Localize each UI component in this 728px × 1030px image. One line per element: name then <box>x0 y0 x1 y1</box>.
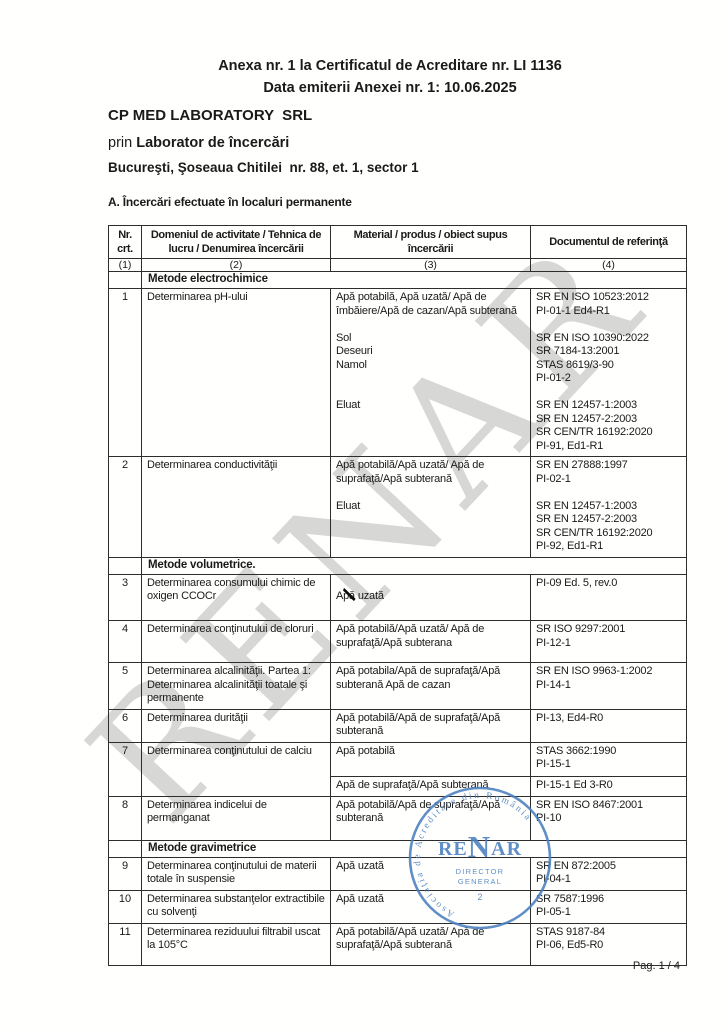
table-row-10: 10 Determinarea substanţelor extractibil… <box>109 890 687 923</box>
cell-material: Apă potabilă <box>331 742 531 776</box>
cell-nr: 2 <box>109 457 142 558</box>
lab-prefix: prin <box>108 135 136 151</box>
cell-nr: 5 <box>109 663 142 710</box>
cell-material: Apă potabilă/Apă uzată/ Apă de suprafaţă… <box>331 621 531 663</box>
col-number-1: (1) <box>109 259 142 272</box>
annex-title-line2: Data emiterii Anexei nr. 1: 10.06.2025 <box>52 77 728 99</box>
cell-domain: Determinarea conţinutului de cloruri <box>142 621 331 663</box>
annex-title: Anexa nr. 1 la Certificatul de Acreditar… <box>52 55 728 99</box>
stamp-logo-re: RE <box>438 838 468 860</box>
cell-document: STAS 3662:1990 PI-15-1 <box>531 742 687 776</box>
table-row-7a: 7 Determinarea conţinutului de calciu Ap… <box>109 742 687 776</box>
cell-domain: Determinarea consumului chimic de oxigen… <box>142 574 331 621</box>
cell-domain: Determinarea conductivităţii <box>142 457 331 558</box>
cell-domain: Determinarea conţinutului de materii tot… <box>142 857 331 890</box>
table-row-2: 2 Determinarea conductivităţii Apă potab… <box>109 457 687 558</box>
table-row-5: 5 Determinarea alcalinităţii. Partea 1: … <box>109 663 687 710</box>
page-number: Pag. 1 / 4 <box>633 960 680 972</box>
cell-document: SR EN ISO 10523:2012 PI-01-1 Ed4-R1 SR E… <box>531 289 687 457</box>
section-a-title: A. Încercări efectuate în localuri perma… <box>108 195 352 209</box>
cell-nr: 10 <box>109 890 142 923</box>
table-header-row: Nr. crt. Domeniul de activitate / Tehnic… <box>109 226 687 259</box>
stamp-logo-n: N <box>468 829 491 864</box>
company-address: Bucureşti, Şoseaua Chitilei nr. 88, et. … <box>108 160 419 175</box>
table-row-4: 4 Determinarea conţinutului de cloruri A… <box>109 621 687 663</box>
cell-document: SR EN 27888:1997 PI-02-1 SR EN 12457-1:2… <box>531 457 687 558</box>
col-number-3: (3) <box>331 259 531 272</box>
col-header-domain: Domeniul de activitate / Tehnica de lucr… <box>142 226 331 259</box>
cell-nr: 3 <box>109 574 142 621</box>
cell-nr: 6 <box>109 709 142 742</box>
cell-material: Apă potabila/Apă de suprafaţă/Apă subter… <box>331 663 531 710</box>
cell-document: PI-13, Ed4-R0 <box>531 709 687 742</box>
cell-nr: 9 <box>109 857 142 890</box>
stamp-role-general: GENERAL <box>458 877 502 886</box>
cell-domain: Determinarea pH-ului <box>142 289 331 457</box>
cell-material: Apă potabilă/Apă de suprafaţă/Apă subter… <box>331 709 531 742</box>
stamp-number: 2 <box>477 892 482 902</box>
cell-material: Apă uzată <box>331 574 531 621</box>
section-row-electrochimice: Metode electrochimice <box>109 272 687 289</box>
table-row-6: 6 Determinarea durităţii Apă potabilă/Ap… <box>109 709 687 742</box>
cell-empty <box>109 840 142 857</box>
cell-nr: 1 <box>109 289 142 457</box>
cell-material: Apă potabilă/Apă uzată/ Apă de suprafaţă… <box>331 457 531 558</box>
column-number-row: (1) (2) (3) (4) <box>109 259 687 272</box>
cell-domain: Determinarea alcalinităţii. Partea 1: De… <box>142 663 331 710</box>
section-row-volumetrice: Metode volumetrice. <box>109 557 687 574</box>
cell-empty <box>109 272 142 289</box>
section-label: Metode electrochimice <box>142 272 687 289</box>
cell-material: Apă potabilă, Apă uzată/ Apă de îmbăiere… <box>331 289 531 457</box>
col-header-nr: Nr. crt. <box>109 226 142 259</box>
table-row-1: 1 Determinarea pH-ului Apă potabilă, Apă… <box>109 289 687 457</box>
table-row-8: 8 Determinarea indicelui de permanganat … <box>109 796 687 840</box>
col-number-2: (2) <box>142 259 331 272</box>
cell-domain: Determinarea substanţelor extractibile c… <box>142 890 331 923</box>
cell-document: SR ISO 9297:2001 PI-12-1 <box>531 621 687 663</box>
cell-document: PI-09 Ed. 5, rev.0 <box>531 574 687 621</box>
renar-stamp-svg: Asociaţia de Acreditare din România RENA… <box>405 783 555 933</box>
cell-domain: Determinarea conţinutului de calciu <box>142 742 331 796</box>
stamp-renar-logo: RENAR <box>438 829 522 864</box>
cell-nr: 4 <box>109 621 142 663</box>
company-name: CP MED LABORATORY SRL <box>108 107 312 124</box>
table-row-3: 3 Determinarea consumului chimic de oxig… <box>109 574 687 621</box>
col-header-document: Documentul de referinţă <box>531 226 687 259</box>
cell-material-text: Apă uzată <box>336 590 384 602</box>
cell-empty <box>109 557 142 574</box>
accreditation-table: Nr. crt. Domeniul de activitate / Tehnic… <box>108 225 687 966</box>
annex-title-line1: Anexa nr. 1 la Certificatul de Acreditar… <box>52 55 728 77</box>
table-row-11: 11 Determinarea reziduului filtrabil usc… <box>109 923 687 965</box>
document-page: RENAR Anexa nr. 1 la Certificatul de Acr… <box>0 0 728 1030</box>
cell-nr: 8 <box>109 796 142 840</box>
cell-nr: 7 <box>109 742 142 796</box>
stamp-role-director: DIRECTOR <box>456 867 505 876</box>
cell-domain: Determinarea indicelui de permanganat <box>142 796 331 840</box>
cell-domain: Determinarea reziduului filtrabil uscat … <box>142 923 331 965</box>
cell-document: SR EN ISO 9963-1:2002 PI-14-1 <box>531 663 687 710</box>
lab-name: Laborator de încercări <box>136 135 289 151</box>
renar-stamp-icon: Asociaţia de Acreditare din România RENA… <box>405 783 555 933</box>
col-header-material: Material / produs / obiect supus încercă… <box>331 226 531 259</box>
lab-line: prin Laborator de încercări <box>108 135 289 151</box>
table-row-9: 9 Determinarea conţinutului de materii t… <box>109 857 687 890</box>
stamp-logo-ar: AR <box>491 838 522 860</box>
section-label: Metode volumetrice. <box>142 557 687 574</box>
col-number-4: (4) <box>531 259 687 272</box>
section-row-gravimetrice: Metode gravimetrice <box>109 840 687 857</box>
cell-domain: Determinarea durităţii <box>142 709 331 742</box>
cell-nr: 11 <box>109 923 142 965</box>
